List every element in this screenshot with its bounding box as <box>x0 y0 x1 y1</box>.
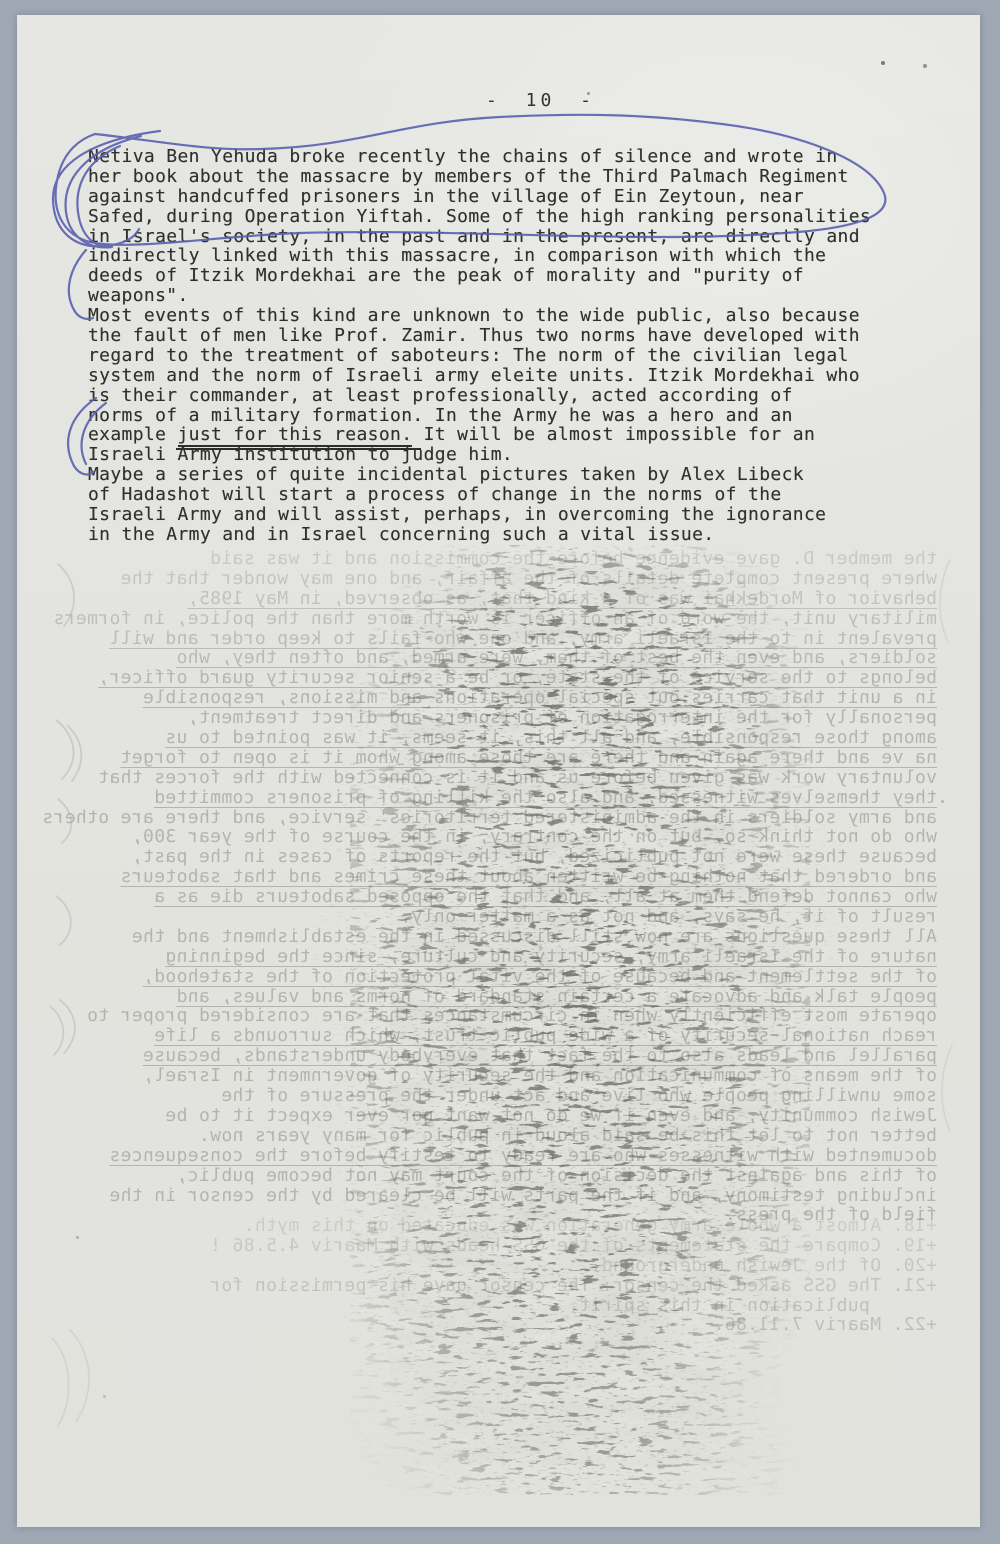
bleedthrough-footnote-line: +18. Almost a whole army generation was … <box>30 1216 965 1236</box>
page-number: - 10 - <box>17 90 980 111</box>
ink-speck <box>941 800 944 803</box>
typed-line: her book about the massacre by members o… <box>88 167 918 187</box>
ink-speck <box>103 1395 106 1398</box>
bleedthrough-footnote-line: +19. Compare the statements of the GSS h… <box>30 1236 965 1256</box>
paper-sheet: the member D. gave evidence before the c… <box>17 15 980 1527</box>
typed-text: example <box>88 424 178 445</box>
bleedthrough-line: reach national security of a wide public… <box>30 1026 965 1046</box>
bleedthrough-footnote-line: publication in this spirit. <box>30 1296 965 1316</box>
typed-line: deeds of Itzik Mordekhai are the peak of… <box>88 266 918 286</box>
bleedthrough-footnote-line: +20. Of the Jewish underground. <box>30 1256 965 1276</box>
bleedthrough-line: and ordered that nothing be written abou… <box>30 867 965 887</box>
ink-speck <box>76 1236 79 1239</box>
typed-line: Most events of this kind are unknown to … <box>88 306 918 326</box>
bleedthrough-line: parallel and leads also to the fact that… <box>30 1046 965 1066</box>
ink-speck <box>881 61 885 65</box>
bleedthrough-line: of the settlement and because of the vit… <box>30 967 965 987</box>
scanned-document: { "document_type": "typewritten scanned … <box>0 0 1000 1544</box>
bleedthrough-line: of this and against the decision of the … <box>30 1166 965 1186</box>
bleedthrough-line: in a unit that carries out special opera… <box>30 688 965 708</box>
bleedthrough-line: because these were not publicized, but t… <box>30 847 965 867</box>
bleedthrough-line: among those responsible, and all this, i… <box>30 728 965 748</box>
bleedthrough-text: the member D. gave evidence before the c… <box>30 549 965 1225</box>
bleedthrough-line: na ve and there again and there are thos… <box>30 748 965 768</box>
bleedthrough-line: Jewish community, and even if we do not … <box>30 1106 965 1126</box>
typed-line: is their commander, at least professiona… <box>88 386 918 406</box>
bleedthrough-line: prevalent in to the Israeli army, and on… <box>30 629 965 649</box>
typed-line: indirectly linked with this massacre, in… <box>88 246 918 266</box>
bleedthrough-line: they themselves witnessed, and also the … <box>30 788 965 808</box>
typed-line: weapons". <box>88 286 918 306</box>
bleedthrough-line: belongs to the service of the state, or … <box>30 668 965 688</box>
ink-speck <box>587 92 590 95</box>
typed-line: norms of a military formation. In the Ar… <box>88 406 918 426</box>
bleedthrough-line: the member D. gave evidence before the c… <box>30 549 965 569</box>
bleedthrough-line: documented with witnesses who are ready … <box>30 1146 965 1166</box>
typed-line: in the Army and in Israel concerning suc… <box>88 525 918 545</box>
bleedthrough-line: nature of the Israeli army, security and… <box>30 947 965 967</box>
typed-text-block: Netiva Ben Yehuda broke recently the cha… <box>88 147 918 545</box>
typed-line: example just for this reason. It will be… <box>88 425 918 445</box>
bleedthrough-line: some unwilling people who live and act u… <box>30 1086 965 1106</box>
bleedthrough-line: including testimony, and if the parts wi… <box>30 1186 965 1206</box>
typed-text: It will be almost impossible for an <box>412 424 815 445</box>
bleedthrough-line: personally for the interrogation of pris… <box>30 708 965 728</box>
bleedthrough-line: and army soldiers in the administered te… <box>30 808 965 828</box>
typed-line: the fault of men like Prof. Zamir. Thus … <box>88 326 918 346</box>
bleedthrough-footnote-line: +22. Maariv 7.11.86. <box>30 1315 965 1335</box>
bleedthrough-line: of the means of communication and the se… <box>30 1066 965 1086</box>
typed-line: Israeli Army and will assist, perhaps, i… <box>88 505 918 525</box>
ink-speck <box>923 64 927 68</box>
bleedthrough-line: people talk and advocate a certain stand… <box>30 987 965 1007</box>
bleedthrough-line: behavior of Mordekhai was of a kind that… <box>30 589 965 609</box>
bleedthrough-line: military unit, the word of an officer is… <box>30 609 965 629</box>
bleedthrough-footnotes: +18. Almost a whole army generation was … <box>30 1216 965 1335</box>
typed-line: regard to the treatment of saboteurs: Th… <box>88 346 918 366</box>
double-underlined-phrase: just for this reason. <box>178 424 413 447</box>
bleedthrough-line: operate most efficiently when in circums… <box>30 1006 965 1026</box>
typed-line: of Hadashot will start a process of chan… <box>88 485 918 505</box>
typed-line: Safed, during Operation Yiftah. Some of … <box>88 207 918 227</box>
bleedthrough-line: who do not think so, but on the contrary… <box>30 827 965 847</box>
bleedthrough-line: soldiers, and even the best of them, wer… <box>30 648 965 668</box>
bleedthrough-line: result of it, he says, and not as a matt… <box>30 907 965 927</box>
typed-line: against handcuffed prisoners in the vill… <box>88 187 918 207</box>
typed-line: system and the norm of Israeli army elei… <box>88 366 918 386</box>
typed-line: Netiva Ben Yehuda broke recently the cha… <box>88 147 918 167</box>
bleedthrough-line: where present complete details of the af… <box>30 569 965 589</box>
bleedthrough-line: better not to let this be said aloud in … <box>30 1126 965 1146</box>
typed-line: Maybe a series of quite incidental pictu… <box>88 465 918 485</box>
bleedthrough-line: All these questions are now still discus… <box>30 927 965 947</box>
bleedthrough-footnote-line: +21. The GSS asked the censor: The censo… <box>30 1276 965 1296</box>
typed-line: in Israel's society, in the past and in … <box>88 227 918 247</box>
bleedthrough-line: who cannot defend them at all, and that … <box>30 887 965 907</box>
bleedthrough-line: voluntary work was given before us and i… <box>30 768 965 788</box>
